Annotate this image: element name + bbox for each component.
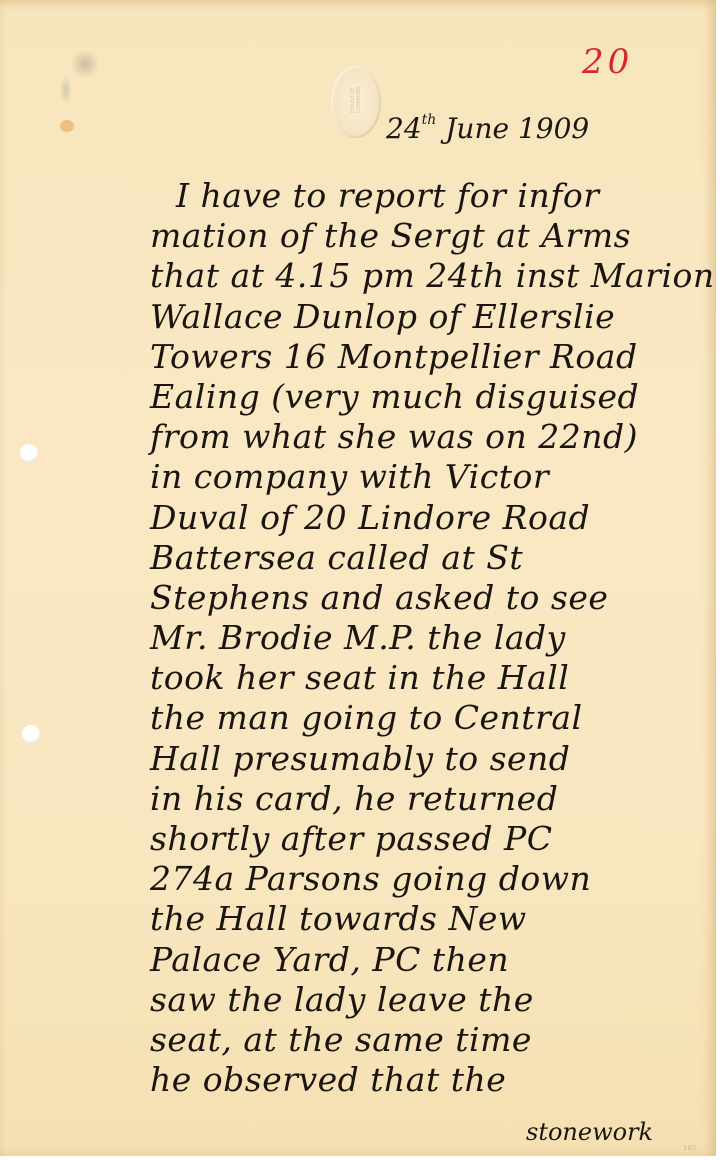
body-line: Duval of 20 Lindore Road <box>150 498 710 538</box>
letter-body: I have to report for infor mation of the… <box>150 176 710 1100</box>
body-line: the Hall towards New <box>150 899 710 939</box>
body-line: in company with Victor <box>150 457 710 497</box>
letter-page: 20 HOUSE OF COMMONS 24th June 1909 I hav… <box>0 0 720 1160</box>
seal-text: HOUSE OF COMMONS <box>350 75 362 125</box>
body-line: that at 4.15 pm 24th inst Marion <box>150 256 710 296</box>
letter-date: 24th June 1909 <box>386 112 589 145</box>
body-line: from what she was on 22nd) <box>150 417 710 457</box>
body-line: the man going to Central <box>150 698 710 738</box>
body-line: I have to report for infor <box>150 176 710 216</box>
body-line: took her seat in the Hall <box>150 658 710 698</box>
body-line: 274a Parsons going down <box>150 859 710 899</box>
ink-stain <box>60 75 72 105</box>
body-line: Battersea called at St <box>150 538 710 578</box>
body-line: Mr. Brodie M.P. the lady <box>150 618 710 658</box>
body-line: he observed that the <box>150 1060 710 1100</box>
body-line: Stephens and asked to see <box>150 578 710 618</box>
date-day: 24 <box>386 112 422 145</box>
body-line: mation of the Sergt at Arms <box>150 216 710 256</box>
rust-stain <box>60 120 74 132</box>
folio-number: 20 <box>582 42 633 82</box>
body-line: Wallace Dunlop of Ellerslie <box>150 297 710 337</box>
body-line: in his card, he returned <box>150 779 710 819</box>
body-line: Palace Yard, PC then <box>150 940 710 980</box>
punch-hole <box>22 725 40 743</box>
ink-stain <box>70 50 100 78</box>
body-line: seat, at the same time <box>150 1020 710 1060</box>
punch-hole <box>20 444 38 462</box>
catchword: stonework <box>526 1118 653 1146</box>
embossed-seal-icon: HOUSE OF COMMONS <box>331 66 381 138</box>
body-line: Ealing (very much disguised <box>150 377 710 417</box>
corner-reference-mark: 182 <box>683 1144 696 1152</box>
body-line: shortly after passed PC <box>150 819 710 859</box>
body-line: Hall presumably to send <box>150 739 710 779</box>
date-day-suffix: th <box>422 112 437 128</box>
body-line: saw the lady leave the <box>150 980 710 1020</box>
date-month-year: June 1909 <box>445 112 589 145</box>
body-line: Towers 16 Montpellier Road <box>150 337 710 377</box>
